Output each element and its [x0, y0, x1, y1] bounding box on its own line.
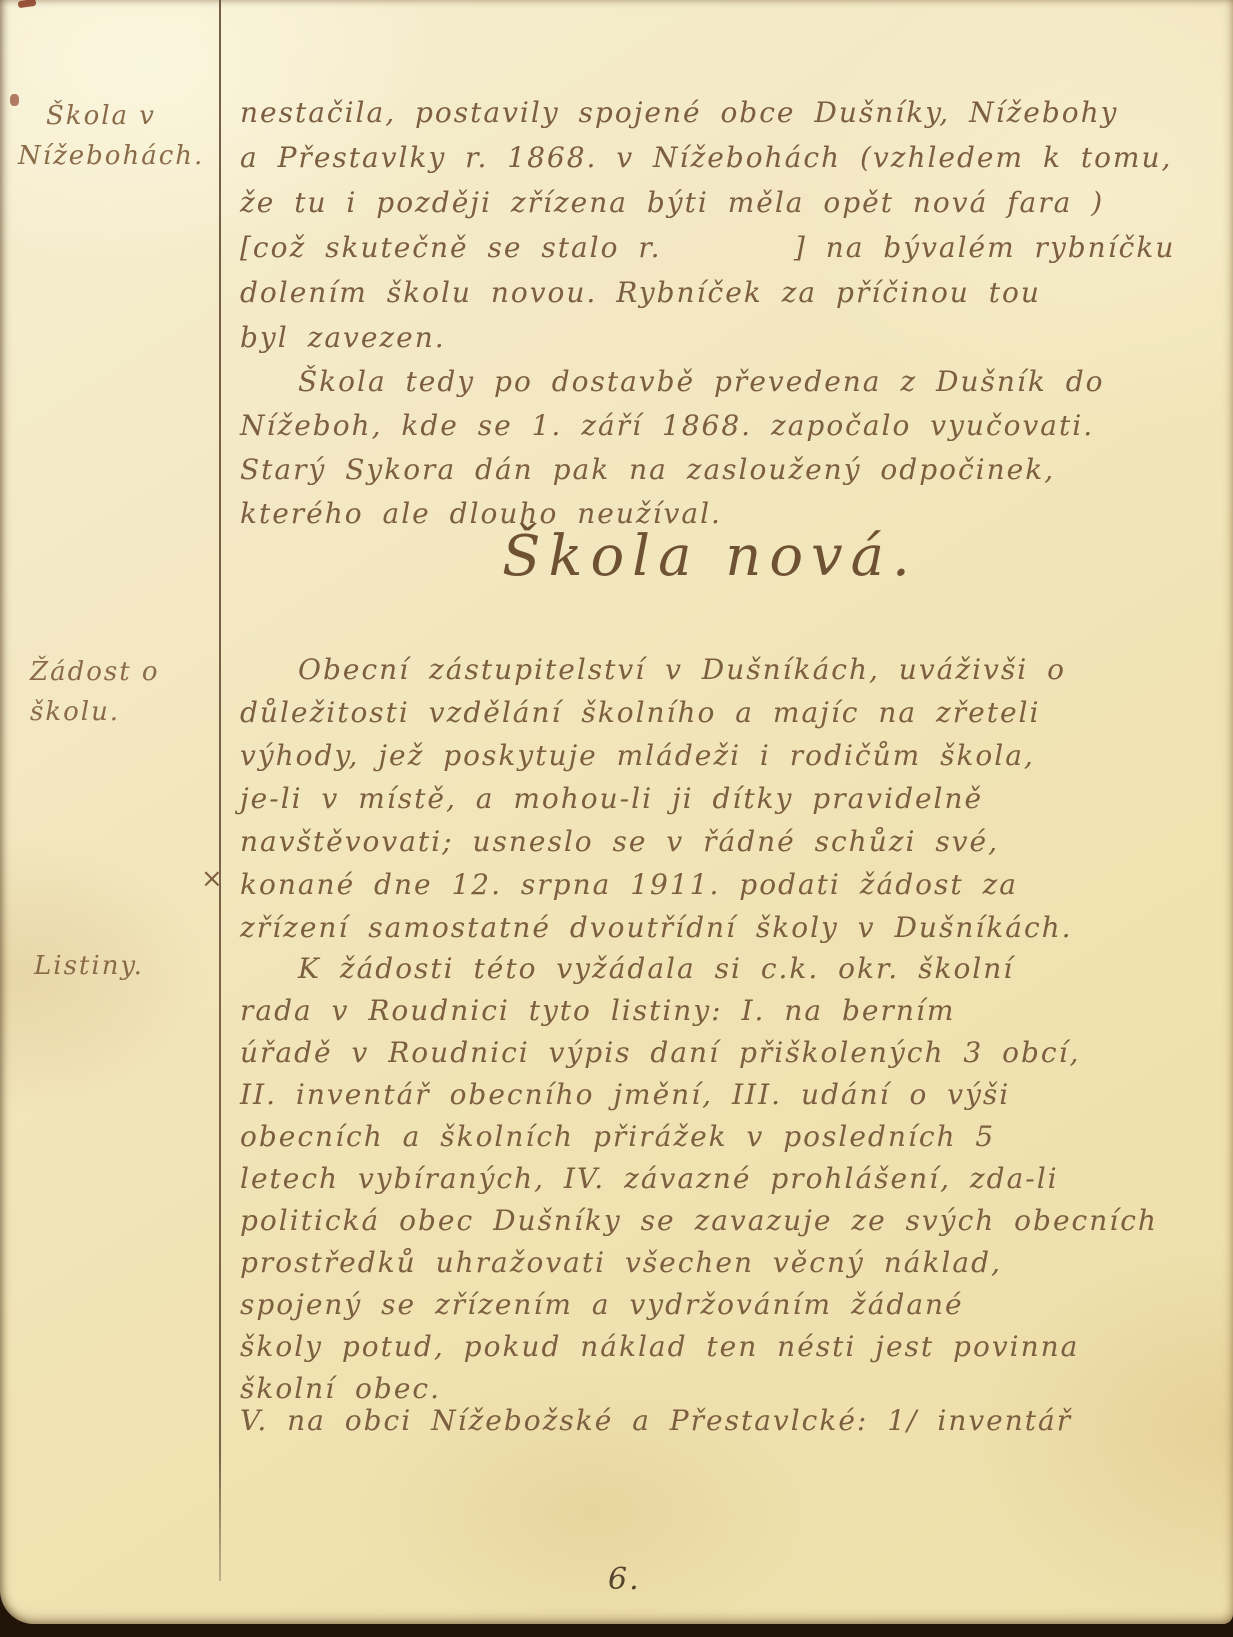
text-line: Listiny.	[34, 946, 229, 986]
text-line: letech vybíraných, IV. závazné prohlášen…	[240, 1158, 1225, 1200]
text-line: školy potud, pokud náklad ten nésti jest…	[240, 1326, 1225, 1368]
scanned-page: Škola vNížebohách. Žádost oškolu. Listin…	[0, 0, 1233, 1624]
text-line: rada v Roudnici tyto listiny: I. na bern…	[240, 990, 1225, 1032]
margin-note-listiny: Listiny.	[34, 946, 229, 986]
text-line: Škola tedy po dostavbě převedena z Dušní…	[240, 360, 1225, 404]
text-line: školu.	[30, 692, 225, 732]
text-line: a Přestavlky r. 1868. v Nížebohách (vzhl…	[240, 135, 1225, 180]
text-line: obecních a školních přirážek v posledníc…	[240, 1116, 1225, 1158]
text-line: navštěvovati; usneslo se v řádné schůzi …	[240, 820, 1225, 863]
text-line: úřadě v Roudnici výpis daní přiškolených…	[240, 1032, 1225, 1074]
text-line: [což skutečně se stalo r. ] na bývalém r…	[240, 225, 1225, 270]
text-line: Žádost o	[30, 652, 225, 692]
text-line: V. na obci Nížebožské a Přestavlcké: 1/ …	[240, 1400, 1225, 1442]
text-line: K žádosti této vyžádala si c.k. okr. ško…	[240, 948, 1225, 990]
paper-blemish-icon	[18, 0, 37, 8]
margin-note-skola-v-nizebohach: Škola vNížebohách.	[18, 96, 213, 176]
text-line: dolením školu novou. Rybníček za příčino…	[240, 270, 1225, 315]
paragraph-continuation: nestačila, postavily spojené obce Dušník…	[240, 90, 1225, 360]
text-line: že tu i později zřízena býti měla opět n…	[240, 180, 1225, 225]
margin-x-mark: ×	[201, 864, 223, 894]
paragraph-skola-prevedena: Škola tedy po dostavbě převedena z Dušní…	[240, 360, 1225, 536]
text-line: Nížeboh, kde se 1. září 1868. započalo v…	[240, 404, 1225, 448]
text-line: Nížebohách.	[18, 136, 213, 176]
text-line: zřízení samostatné dvoutřídní školy v Du…	[240, 906, 1225, 949]
text-line: výhody, jež poskytuje mládeži i rodičům …	[240, 734, 1225, 777]
text-line: II. inventář obecního jmění, III. udání …	[240, 1074, 1225, 1116]
text-line: prostředků uhražovati všechen věcný nákl…	[240, 1242, 1225, 1284]
text-line: politická obec Dušníky se zavazuje ze sv…	[240, 1200, 1225, 1242]
text-line: konané dne 12. srpna 1911. podati žádost…	[240, 863, 1225, 906]
section-heading: Škola nová.	[240, 524, 1180, 589]
text-line: Starý Sykora dán pak na zasloužený odpoč…	[240, 448, 1225, 492]
text-line: Obecní zástupitelství v Dušníkách, uváži…	[240, 648, 1225, 691]
text-line: Škola v	[18, 96, 213, 136]
margin-note-zadost-o-skolu: Žádost oškolu.	[30, 652, 225, 732]
text-line: nestačila, postavily spojené obce Dušník…	[240, 90, 1225, 135]
paragraph-listiny-vycet: K žádosti této vyžádala si c.k. okr. ško…	[240, 948, 1225, 1410]
text-line: byl zavezen.	[240, 315, 1225, 360]
paragraph-obecni-zastupitelstvi: Obecní zástupitelství v Dušníkách, uváži…	[240, 648, 1225, 949]
paragraph-bod-v: V. na obci Nížebožské a Přestavlcké: 1/ …	[240, 1400, 1225, 1442]
text-line: důležitosti vzdělání školního a majíc na…	[240, 691, 1225, 734]
text-line: spojený se zřízením a vydržováním žádané	[240, 1284, 1225, 1326]
text-line: je-li v místě, a mohou-li ji dítky pravi…	[240, 777, 1225, 820]
margin-rule	[219, 0, 221, 1581]
page-number: 6.	[608, 1562, 641, 1597]
